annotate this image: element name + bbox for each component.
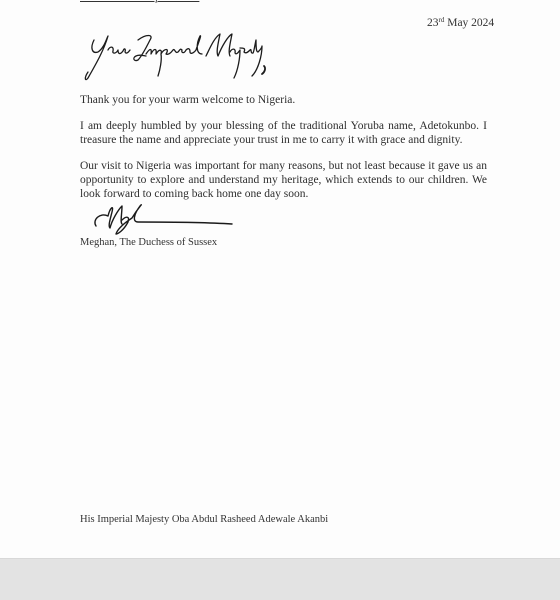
letter-header: Personal Correspondence [80, 0, 199, 3]
letter-page: Personal Correspondence 23rd May 2024 Yo… [0, 0, 560, 559]
letter-body: Thank you for your warm welcome to Niger… [80, 93, 487, 213]
paragraph-2: I am deeply humbled by your blessing of … [80, 119, 487, 147]
paragraph-3: Our visit to Nigeria was important for m… [80, 159, 487, 201]
addressee-name: His Imperial Majesty Oba Abdul Rasheed A… [80, 514, 328, 525]
date-rest: May 2024 [444, 17, 494, 29]
handwritten-signature: Meghan [92, 198, 237, 238]
letter-date: 23rd May 2024 [427, 17, 494, 29]
paragraph-1: Thank you for your warm welcome to Niger… [80, 93, 487, 107]
signer-name: Meghan, The Duchess of Sussex [80, 237, 217, 248]
handwritten-salutation: Your Imperial Majesty, [80, 26, 270, 86]
date-day: 23 [427, 17, 439, 29]
